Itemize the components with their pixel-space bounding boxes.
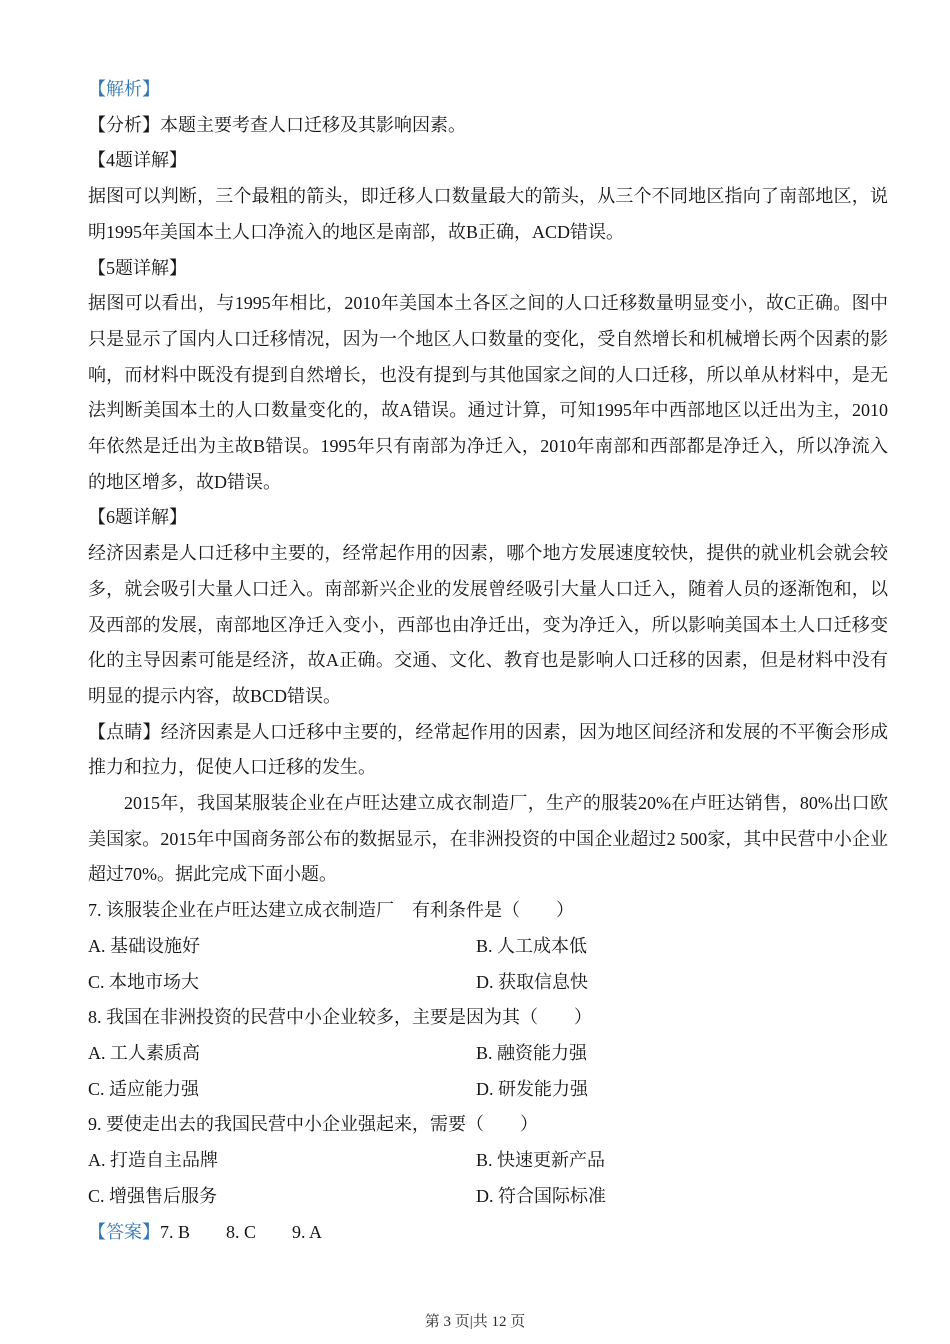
q4-explanation: 据图可以判断，三个最粗的箭头，即迁移人口数量最大的箭头，从三个不同地区指向了南部… [88, 179, 888, 250]
option-7-a: A. 基础设施好 [88, 929, 476, 965]
analysis-heading: 【解析】 [88, 72, 888, 108]
fenxi-text: 本题主要考查人口迁移及其影响因素。 [160, 115, 466, 135]
question-8-options-row-2: C. 适应能力强 D. 研发能力强 [88, 1072, 888, 1108]
option-8-c: C. 适应能力强 [88, 1072, 476, 1108]
option-9-a: A. 打造自主品牌 [88, 1143, 476, 1179]
key-tip: 【点睛】经济因素是人口迁移中主要的，经常起作用的因素，因为地区间经济和发展的不平… [88, 715, 888, 786]
answer-label: 【答案】 [88, 1222, 160, 1242]
option-8-b: B. 融资能力强 [476, 1036, 888, 1072]
material-paragraph: 2015年，我国某服装企业在卢旺达建立成衣制造厂，生产的服装20%在卢旺达销售，… [88, 786, 888, 893]
q6-explanation: 经济因素是人口迁移中主要的，经常起作用的因素，哪个地方发展速度较快，提供的就业机… [88, 536, 888, 715]
option-9-b: B. 快速更新产品 [476, 1143, 888, 1179]
option-8-a: A. 工人素质高 [88, 1036, 476, 1072]
answer-line: 【答案】7. B 8. C 9. A [88, 1215, 888, 1251]
question-7-stem: 7. 该服装企业在卢旺达建立成衣制造厂 有利条件是（ ） [88, 893, 888, 929]
option-9-d: D. 符合国际标准 [476, 1179, 888, 1215]
question-9-stem: 9. 要使走出去的我国民营中小企业强起来，需要（ ） [88, 1107, 888, 1143]
question-8-stem: 8. 我国在非洲投资的民营中小企业较多，主要是因为其（ ） [88, 1000, 888, 1036]
question-9-options-row-1: A. 打造自主品牌 B. 快速更新产品 [88, 1143, 888, 1179]
question-7-options-row-1: A. 基础设施好 B. 人工成本低 [88, 929, 888, 965]
q4-heading: 【4题详解】 [88, 143, 888, 179]
option-8-d: D. 研发能力强 [476, 1072, 888, 1108]
option-7-d: D. 获取信息快 [476, 965, 888, 1001]
fenxi-label: 【分析】 [88, 115, 160, 135]
analysis-note: 【分析】本题主要考查人口迁移及其影响因素。 [88, 108, 888, 144]
q5-heading: 【5题详解】 [88, 251, 888, 287]
document-body: 【解析】 【分析】本题主要考查人口迁移及其影响因素。 【4题详解】 据图可以判断… [88, 72, 888, 1250]
q6-heading: 【6题详解】 [88, 500, 888, 536]
dianjing-label: 【点睛】 [88, 722, 161, 742]
page-footer: 第 3 页|共 12 页 [0, 1312, 950, 1332]
question-9-options-row-2: C. 增强售后服务 D. 符合国际标准 [88, 1179, 888, 1215]
option-7-b: B. 人工成本低 [476, 929, 888, 965]
option-9-c: C. 增强售后服务 [88, 1179, 476, 1215]
answer-text: 7. B 8. C 9. A [160, 1222, 322, 1242]
question-7-options-row-2: C. 本地市场大 D. 获取信息快 [88, 965, 888, 1001]
option-7-c: C. 本地市场大 [88, 965, 476, 1001]
q5-explanation: 据图可以看出，与1995年相比，2010年美国本土各区之间的人口迁移数量明显变小… [88, 286, 888, 500]
question-8-options-row-1: A. 工人素质高 B. 融资能力强 [88, 1036, 888, 1072]
dianjing-text: 经济因素是人口迁移中主要的，经常起作用的因素，因为地区间经济和发展的不平衡会形成… [88, 722, 888, 778]
